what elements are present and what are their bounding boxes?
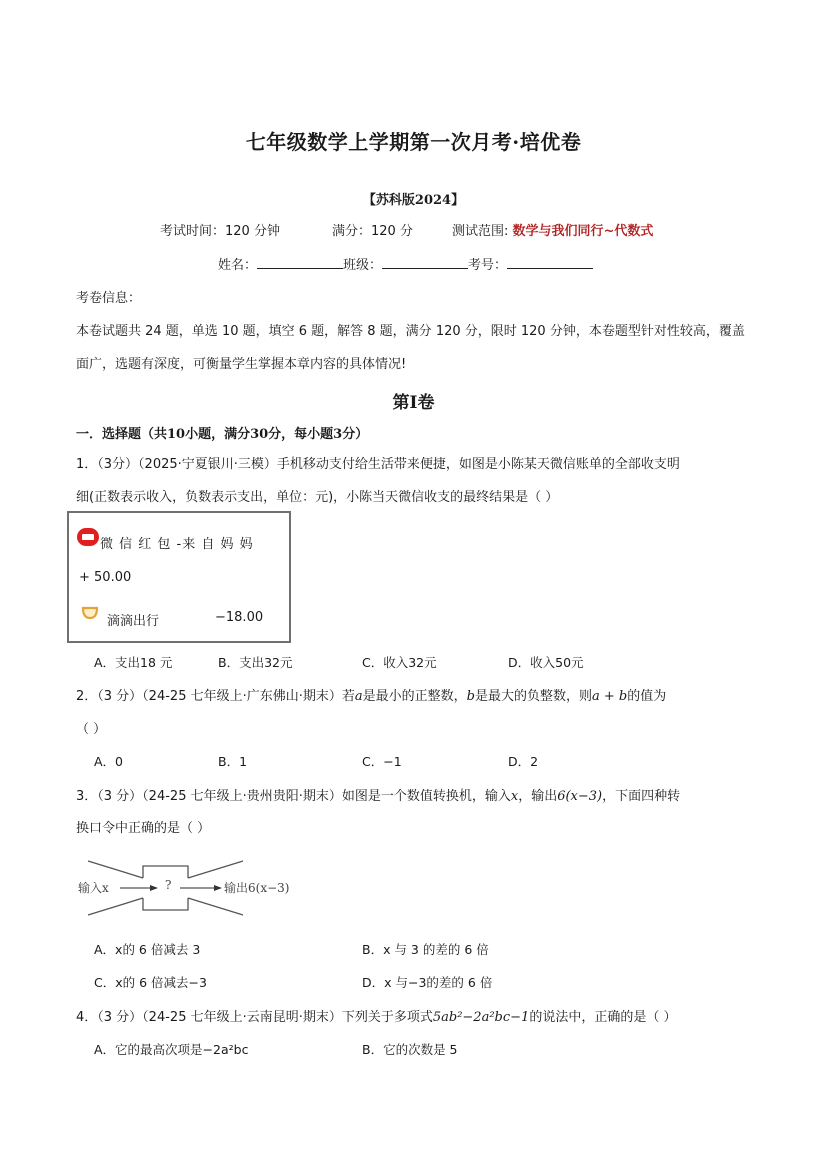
conversion-machine-figure: 输入x ? 输出6(x−3) bbox=[78, 858, 298, 918]
question-4-line-1: 4．（3 分）（24-25 七年级上·云南昆明·期末）下列关于多项式5ab²−2… bbox=[76, 1006, 676, 1025]
q1-option-b[interactable]: B．支出32元 bbox=[218, 653, 292, 671]
question-text: （3 分）（24-25 七年级上·云南昆明·期末）下列关于多项式 bbox=[97, 1010, 433, 1025]
question-3-line-1: 3．（3 分）（24-25 七年级上·贵州贵阳·期末）如图是一个数值转换机，输入… bbox=[76, 785, 680, 804]
q4-option-b[interactable]: B．它的次数是 5 bbox=[362, 1040, 458, 1058]
expression: 6(x−3) bbox=[557, 789, 602, 804]
name-blank[interactable] bbox=[257, 256, 343, 269]
question-number: 3． bbox=[76, 789, 97, 804]
exam-time: 考试时间：120 分钟 bbox=[160, 220, 280, 239]
machine-output-label: 输出6(x−3) bbox=[224, 879, 289, 896]
info-line-1: 本卷试题共 24 题，单选 10 题，填空 6 题，解答 8 题，满分 120 … bbox=[76, 320, 745, 339]
test-scope-value: 数学与我们同行~代数式 bbox=[513, 224, 654, 239]
question-text: （3 分）（24-25 七年级上·广东佛山·期末）若 bbox=[97, 689, 355, 704]
class-blank[interactable] bbox=[382, 256, 468, 269]
question-number: 4． bbox=[76, 1010, 97, 1025]
edition-label: 【苏科版2024】 bbox=[0, 189, 827, 208]
bill-amount-expense: −18.00 bbox=[215, 610, 263, 625]
section-heading: 一．选择题（共10小题，满分30分，每小题3分） bbox=[76, 423, 368, 442]
question-text: 的说法中，正确的是（ ） bbox=[529, 1010, 676, 1025]
test-scope: 测试范围: 数学与我们同行~代数式 bbox=[452, 220, 653, 239]
volume-title: 第Ⅰ卷 bbox=[0, 388, 827, 413]
id-label: 考号： bbox=[468, 258, 507, 273]
bill-row-didi-label: 滴滴出行 bbox=[107, 610, 159, 629]
expression: a + b bbox=[592, 689, 627, 704]
machine-input-label: 输入x bbox=[78, 879, 109, 896]
red-envelope-icon bbox=[77, 528, 99, 546]
test-scope-label: 测试范围: bbox=[452, 224, 508, 239]
didi-icon bbox=[81, 606, 99, 620]
question-2-line-2: （ ） bbox=[76, 718, 106, 737]
q3-option-a[interactable]: A．x的 6 倍减去 3 bbox=[94, 940, 200, 958]
q3-option-c[interactable]: C．x的 6 倍减去−3 bbox=[94, 973, 207, 991]
question-1-line-2: 细(正数表示收入，负数表示支出，单位：元)，小陈当天微信收支的最终结果是（ ） bbox=[76, 486, 558, 505]
question-text: 的值为 bbox=[627, 689, 666, 704]
student-info-line: 姓名：班级：考号： bbox=[218, 254, 593, 273]
question-2-line-1: 2．（3 分）（24-25 七年级上·广东佛山·期末）若a是最小的正整数，b是最… bbox=[76, 685, 666, 704]
bill-amount-income: + 50.00 bbox=[79, 570, 131, 585]
q2-option-c[interactable]: C．−1 bbox=[362, 752, 402, 770]
question-text: ，下面四种转 bbox=[602, 789, 680, 804]
q2-option-b[interactable]: B．1 bbox=[218, 752, 247, 770]
var-b: b bbox=[467, 689, 475, 704]
document-title: 七年级数学上学期第一次月考·培优卷 bbox=[0, 126, 827, 155]
q3-option-b[interactable]: B．x 与 3 的差的 6 倍 bbox=[362, 940, 489, 958]
q1-option-c[interactable]: C．收入32元 bbox=[362, 653, 437, 671]
question-number: 2． bbox=[76, 689, 97, 704]
info-heading: 考卷信息： bbox=[76, 287, 141, 306]
q1-option-a[interactable]: A．支出18 元 bbox=[94, 653, 172, 671]
q2-option-a[interactable]: A．0 bbox=[94, 752, 123, 770]
question-text: ，输出 bbox=[518, 789, 557, 804]
full-score: 满分：120 分 bbox=[332, 220, 413, 239]
question-1-line-1: 1．（3分）（2025·宁夏银川·三模）手机移动支付给生活带来便捷，如图是小陈某… bbox=[76, 453, 680, 472]
q3-option-d[interactable]: D．x 与−3的差的 6 倍 bbox=[362, 973, 492, 991]
info-line-2: 面广，选题有深度，可衡量学生掌握本章内容的具体情况! bbox=[76, 353, 406, 372]
question-3-line-2: 换口令中正确的是（ ） bbox=[76, 817, 210, 836]
question-text: （3分）（2025·宁夏银川·三模）手机移动支付给生活带来便捷，如图是小陈某天微… bbox=[97, 457, 680, 472]
q4-option-a[interactable]: A．它的最高次项是−2a²bc bbox=[94, 1040, 248, 1058]
expression: 5ab²−2a²bc−1 bbox=[433, 1010, 529, 1025]
q2-option-d[interactable]: D．2 bbox=[508, 752, 538, 770]
machine-center-label: ? bbox=[165, 878, 171, 892]
var-a: a bbox=[355, 689, 363, 704]
name-label: 姓名： bbox=[218, 258, 257, 273]
question-text: 是最大的负整数，则 bbox=[475, 689, 592, 704]
class-label: 班级： bbox=[343, 258, 382, 273]
question-number: 1． bbox=[76, 457, 97, 472]
q1-option-d[interactable]: D．收入50元 bbox=[508, 653, 584, 671]
bill-row-red-envelope: 微 信 红 包 -来 自 妈 妈 bbox=[100, 533, 254, 552]
wechat-bill-figure: 微 信 红 包 -来 自 妈 妈 + 50.00 滴滴出行 −18.00 bbox=[67, 511, 291, 643]
question-text: （3 分）（24-25 七年级上·贵州贵阳·期末）如图是一个数值转换机，输入 bbox=[97, 789, 511, 804]
question-text: 是最小的正整数， bbox=[363, 689, 467, 704]
id-blank[interactable] bbox=[507, 256, 593, 269]
